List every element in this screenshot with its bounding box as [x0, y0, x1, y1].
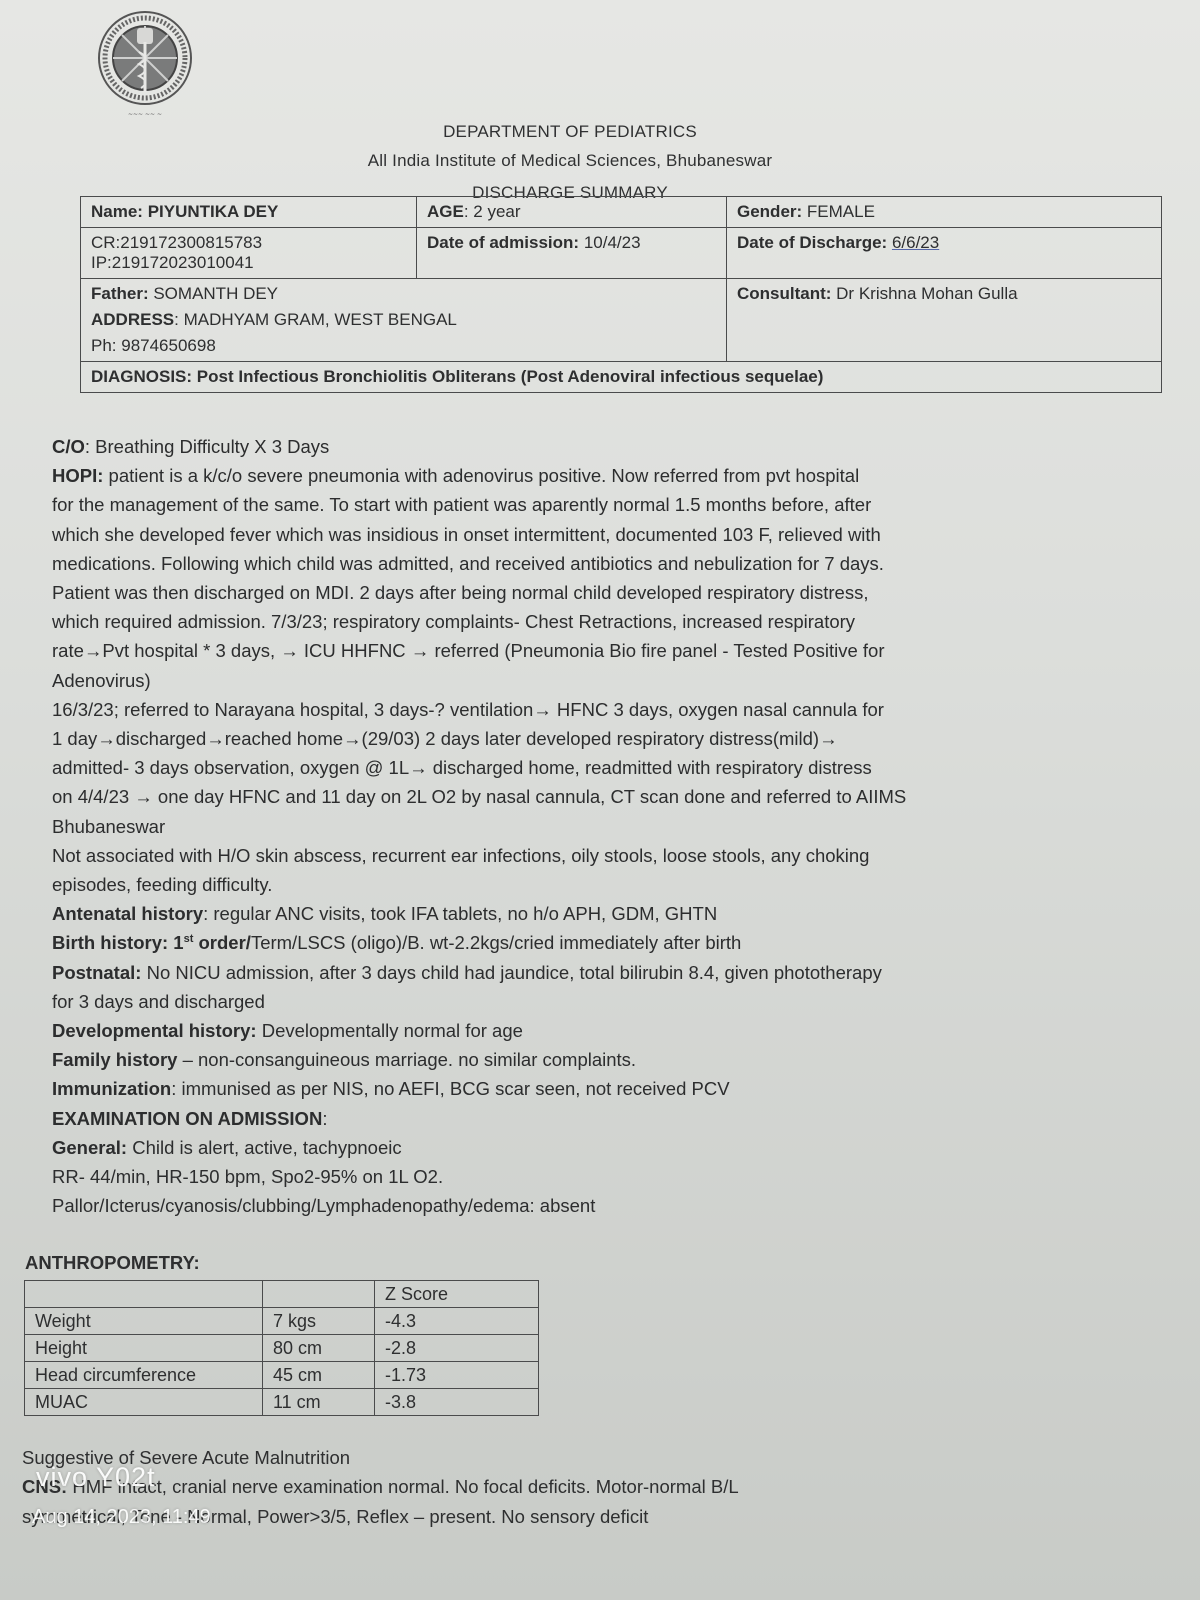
- family-address-cell: Father: SOMANTH DEY ADDRESS: MADHYAM GRA…: [81, 279, 727, 361]
- ids-cell: CR:219172300815783 IP:219172023010041: [81, 228, 417, 278]
- svg-text:~~~ ~~ ~: ~~~ ~~ ~: [128, 111, 162, 118]
- table-row: MUAC 11 cm -3.8: [25, 1389, 539, 1416]
- name-label: Name:: [91, 202, 148, 221]
- birth-history: Birth history: 1st order/Term/LSCS (olig…: [52, 928, 1092, 957]
- age-cell: AGE: 2 year: [417, 197, 727, 227]
- postnatal-history: Postnatal: No NICU admission, after 3 da…: [52, 958, 1092, 987]
- discharge-date: 6/6/23: [892, 233, 939, 252]
- discharge-cell: Date of Discharge: 6/6/23: [727, 228, 1161, 278]
- patient-name-cell: Name: PIYUNTIKA DEY: [81, 197, 417, 227]
- chief-complaint: C/O: Breathing Difficulty X 3 Days: [52, 432, 1092, 461]
- hopi-section: HOPI: patient is a k/c/o severe pneumoni…: [52, 461, 1092, 899]
- anthropometry-heading: ANTHROPOMETRY:: [25, 1252, 200, 1274]
- ip-number: IP:219172023010041: [91, 253, 406, 273]
- patient-address: : MADHYAM GRAM, WEST BENGAL: [174, 310, 457, 329]
- antenatal-history: Antenatal history: regular ANC visits, t…: [52, 899, 1092, 928]
- developmental-history: Developmental history: Developmentally n…: [52, 1016, 1092, 1045]
- table-row: Weight 7 kgs -4.3: [25, 1308, 539, 1335]
- admission-label: Date of admission:: [427, 233, 584, 252]
- anthropometry-header-row: Z Score: [25, 1281, 539, 1308]
- patient-name: PIYUNTIKA DEY: [148, 202, 279, 221]
- clinical-history: C/O: Breathing Difficulty X 3 Days HOPI:…: [52, 432, 1092, 1220]
- consultant-name: Dr Krishna Mohan Gulla: [836, 284, 1017, 303]
- cr-number: CR:219172300815783: [91, 233, 406, 253]
- patient-phone: Ph: 9874650698: [91, 336, 716, 356]
- general-signs: Pallor/Icterus/cyanosis/clubbing/Lymphad…: [52, 1191, 1092, 1220]
- consultant-cell: Consultant: Dr Krishna Mohan Gulla: [727, 279, 1161, 361]
- department-heading: DEPARTMENT OF PEDIATRICS: [0, 122, 1140, 142]
- camera-model-watermark: vivo Y02t: [36, 1462, 156, 1493]
- patient-age: : 2 year: [464, 202, 521, 221]
- z-score-header: Z Score: [375, 1281, 539, 1308]
- info-row-diagnosis: DIAGNOSIS: Post Infectious Bronchiolitis…: [81, 362, 1161, 392]
- institute-heading: All India Institute of Medical Sciences,…: [0, 151, 1140, 171]
- info-row-1: Name: PIYUNTIKA DEY AGE: 2 year Gender: …: [81, 197, 1161, 228]
- examination-heading: EXAMINATION ON ADMISSION:: [52, 1104, 1092, 1133]
- family-history: Family history – non-consanguineous marr…: [52, 1045, 1092, 1074]
- general-exam: General: Child is alert, active, tachypn…: [52, 1133, 1092, 1162]
- diagnosis-text: Post Infectious Bronchiolitis Obliterans…: [197, 367, 824, 386]
- vitals: RR- 44/min, HR-150 bpm, Spo2-95% on 1L O…: [52, 1162, 1092, 1191]
- admission-date: 10/4/23: [584, 233, 641, 252]
- gender-label: Gender:: [737, 202, 807, 221]
- father-name: SOMANTH DEY: [153, 284, 278, 303]
- info-row-3: Father: SOMANTH DEY ADDRESS: MADHYAM GRA…: [81, 279, 1161, 362]
- gender-cell: Gender: FEMALE: [727, 197, 1161, 227]
- immunization-history: Immunization: immunised as per NIS, no A…: [52, 1074, 1092, 1103]
- discharge-label: Date of Discharge:: [737, 233, 892, 252]
- anthropometry-table: Z Score Weight 7 kgs -4.3 Height 80 cm -…: [24, 1280, 539, 1416]
- address-label: ADDRESS: [91, 310, 174, 329]
- patient-gender: FEMALE: [807, 202, 875, 221]
- diagnosis-label: DIAGNOSIS:: [91, 367, 197, 386]
- table-row: Height 80 cm -2.8: [25, 1335, 539, 1362]
- diagnosis-cell: DIAGNOSIS: Post Infectious Bronchiolitis…: [81, 362, 1161, 392]
- patient-info-table: Name: PIYUNTIKA DEY AGE: 2 year Gender: …: [80, 196, 1162, 393]
- age-label: AGE: [427, 202, 464, 221]
- aiims-emblem-icon: ~~~ ~~ ~: [95, 8, 195, 126]
- table-row: Head circumference 45 cm -1.73: [25, 1362, 539, 1389]
- camera-timestamp-watermark: Aug 14, 2023, 11:49: [32, 1506, 211, 1529]
- info-row-2: CR:219172300815783 IP:219172023010041 Da…: [81, 228, 1161, 279]
- consultant-label: Consultant:: [737, 284, 836, 303]
- discharge-summary-page: ~~~ ~~ ~ DEPARTMENT OF PEDIATRICS All In…: [0, 0, 1200, 1600]
- admission-cell: Date of admission: 10/4/23: [417, 228, 727, 278]
- father-label: Father:: [91, 284, 153, 303]
